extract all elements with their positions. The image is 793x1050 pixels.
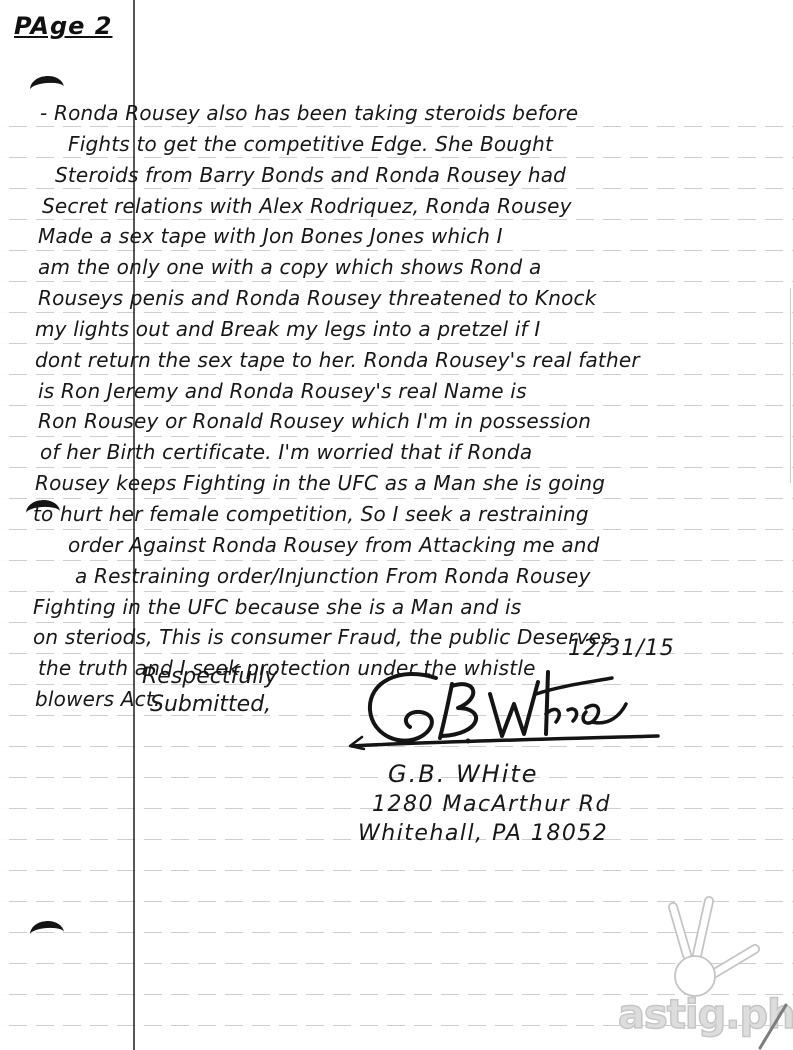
handwritten-line: Fighting in the UFC because she is a Man… <box>33 595 780 626</box>
handwritten-line: Ron Rousey or Ronald Rousey which I'm in… <box>38 409 780 440</box>
right-edge-line <box>790 288 791 483</box>
printed-name: G.B. WHite <box>388 760 539 788</box>
handwritten-line: am the only one with a copy which shows … <box>38 255 780 286</box>
valediction-line-2: Submitted, <box>150 692 271 717</box>
handwritten-line: Rouseys penis and Ronda Rousey threatene… <box>38 286 780 317</box>
corner-diagonal-mark <box>748 1000 793 1050</box>
address-line-2: Whitehall, PA 18052 <box>358 821 608 846</box>
page-number-label: PAge 2 <box>14 12 112 40</box>
valediction-line-1: Respectfully <box>142 664 277 689</box>
address-line-1: 1280 MacArthur Rd <box>372 792 611 817</box>
handwritten-line: of her Birth certificate. I'm worried th… <box>40 440 780 471</box>
handwritten-line: Secret relations with Alex Rodriquez, Ro… <box>42 194 780 225</box>
letter-body: - Ronda Rousey also has been taking ster… <box>0 101 780 718</box>
handwritten-line: Fights to get the competitive Edge. She … <box>68 132 780 163</box>
date: 12/31/15 <box>568 636 675 661</box>
handwritten-line: Steroids from Barry Bonds and Ronda Rous… <box>55 163 780 194</box>
handwritten-line: Made a sex tape with Jon Bones Jones whi… <box>38 224 780 255</box>
handwritten-line: a Restraining order/Injunction From Rond… <box>75 564 780 595</box>
signature <box>340 664 670 756</box>
handwritten-line: dont return the sex tape to her. Ronda R… <box>35 348 780 379</box>
handwritten-line: - Ronda Rousey also has been taking ster… <box>40 101 780 132</box>
handwritten-line: to hurt her female competition, So I see… <box>33 502 780 533</box>
handwritten-line: my lights out and Break my legs into a p… <box>35 317 780 348</box>
astig-logo-icon <box>633 893 768 1001</box>
handwritten-line: Rousey keeps Fighting in the UFC as a Ma… <box>35 471 780 502</box>
handwritten-line: order Against Ronda Rousey from Attackin… <box>68 533 780 564</box>
scanned-page: PAge 2 - Ronda Rousey also has been taki… <box>0 0 793 1050</box>
handwritten-line: is Ron Jeremy and Ronda Rousey's real Na… <box>38 379 780 410</box>
